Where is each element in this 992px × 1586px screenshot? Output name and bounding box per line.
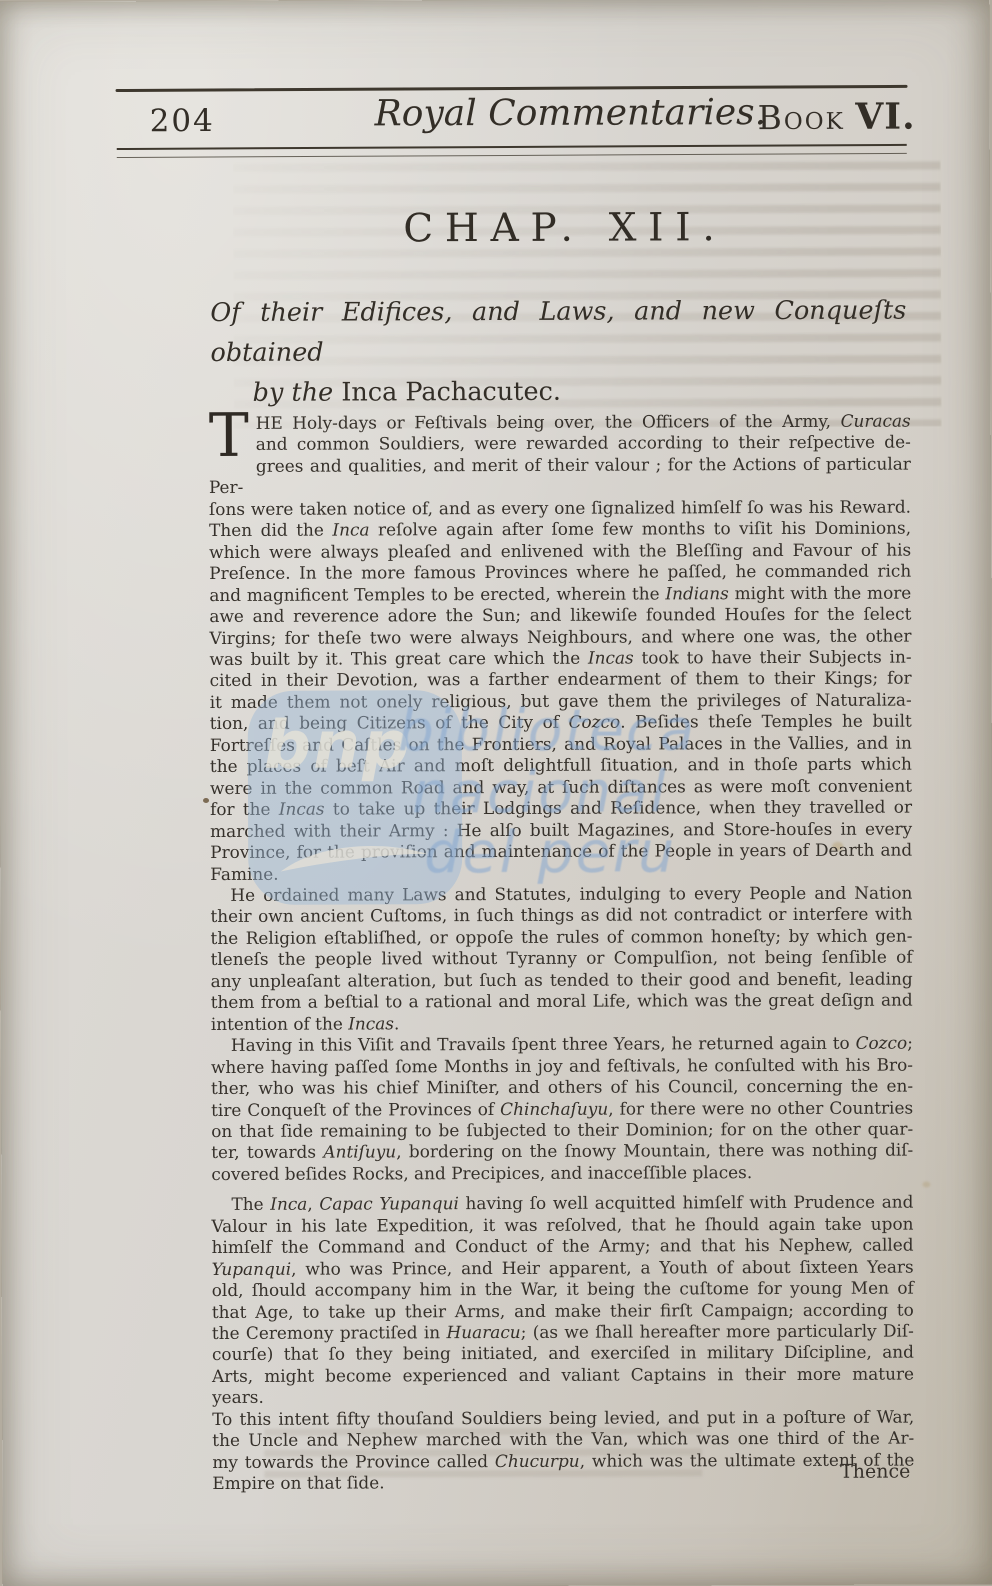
text-line: their own ancient Cuſtoms, in ſuch thing… xyxy=(210,904,912,928)
text: intention of the xyxy=(211,1013,348,1033)
text: The xyxy=(231,1194,270,1214)
text: where having paſſed ſome Months in joy a… xyxy=(211,1054,913,1076)
book-word: Book xyxy=(758,98,845,137)
text-line: and common Souldiers, were rewarded acco… xyxy=(209,432,911,456)
text-line: them from a beſtial to a rational and mo… xyxy=(211,990,913,1014)
text-line: tleneſs the people lived without Tyranny… xyxy=(211,947,913,971)
text-line: The Inca, Capac Yupanqui having ſo well … xyxy=(211,1192,913,1216)
text: ; xyxy=(907,1033,913,1053)
italic-text: Of their Edifices, and Laws, and new Con… xyxy=(210,296,906,368)
text: was built by it. This great care which t… xyxy=(209,648,587,669)
text: , bordering on the ſnowy Mountain, there… xyxy=(396,1140,913,1162)
text-line: He ordained many Laws and Statutes, indu… xyxy=(210,883,912,907)
text-line: which were always pleaſed and enlivened … xyxy=(209,539,911,563)
text-line: intention of the Incas. xyxy=(211,1011,913,1035)
book-numeral: VI. xyxy=(855,96,915,138)
book-page: 204 Royal Commentaries. Book VI. CHAP. X… xyxy=(0,0,992,1586)
text-line: cited in their Devotion, was a farther e… xyxy=(210,668,912,692)
text: for the xyxy=(210,799,279,819)
text-line: himſelf the Command and Conduct of the A… xyxy=(212,1235,914,1259)
text: , for there were no other Countries xyxy=(608,1097,913,1118)
text: and common Souldiers, were rewarded acco… xyxy=(256,432,911,454)
text: ter, towards xyxy=(211,1142,323,1162)
ink-speck xyxy=(203,798,209,803)
text: the Ceremony practiſed in xyxy=(212,1322,447,1343)
drop-cap: T xyxy=(209,413,256,456)
text-line: Preſence. In the more famous Provinces w… xyxy=(209,561,911,585)
text: tion, and being Citizens of the City of xyxy=(210,712,569,733)
text-line: was built by it. This great care which t… xyxy=(209,647,911,671)
text: HE Holy-days or Feſtivals being over, th… xyxy=(256,411,841,433)
text-line: marched with their Army : He alſo built … xyxy=(210,818,912,842)
text: might with the more xyxy=(729,582,912,603)
text: , xyxy=(307,1194,319,1214)
text-line: Then did the Inca reſolve again after ſo… xyxy=(209,518,911,542)
text-line: the Religion eſtabliſhed, or oppoſe the … xyxy=(210,925,912,949)
text-line: Valour in his late Expedition, it was re… xyxy=(211,1213,913,1237)
text-line: Famine. xyxy=(210,861,912,885)
text: Fortreſſes and Caſtles on the Frontiers,… xyxy=(210,732,912,754)
text-line: covered beſides Rocks, and Precipices, a… xyxy=(211,1161,913,1185)
text: Virgins; for theſe two were always Neigh… xyxy=(209,625,911,647)
italic-text: Cozco xyxy=(856,1033,908,1053)
text-line: Virgins; for theſe two were always Neigh… xyxy=(209,625,911,649)
italic-text: Inca xyxy=(270,1194,307,1214)
text-line: any unpleaſant alteration, but ſuch as t… xyxy=(211,968,913,992)
text: . xyxy=(394,1013,399,1033)
text: having ſo well acquitted himſelf with Pr… xyxy=(459,1192,914,1214)
text: were in the common Road and way, at ſuch… xyxy=(210,775,912,797)
text-line: the Ceremony practiſed in Huaracu; (as w… xyxy=(212,1321,914,1345)
text: marched with their Army : He alſo built … xyxy=(210,818,912,840)
text: old, ſhould accompany him in the War, it… xyxy=(212,1278,914,1300)
text: ; (as we ſhall hereafter more particular… xyxy=(521,1321,914,1342)
text-line: old, ſhould accompany him in the War, it… xyxy=(212,1278,914,1302)
book-number: Book VI. xyxy=(758,96,916,139)
text: He ordained many Laws and Statutes, indu… xyxy=(230,883,912,905)
body-text: THE Holy-days or Feſtivals being over, t… xyxy=(209,411,915,1495)
italic-text: Chinchaſuyu xyxy=(500,1098,608,1118)
text: Preſence. In the more famous Provinces w… xyxy=(209,561,911,583)
italic-text: Incas xyxy=(588,648,634,668)
text-line: Province, for the proviſion and maintena… xyxy=(210,840,912,864)
text: the Uncle and Nephew marched with the Va… xyxy=(212,1428,914,1450)
text: ſons were taken notice of, and as every … xyxy=(209,496,911,518)
text: reſolve again after ſome few months to v… xyxy=(369,518,911,540)
italic-text: Cozco xyxy=(569,712,621,732)
italic-text: Incas xyxy=(348,1013,394,1033)
text-line: where having paſſed ſome Months in joy a… xyxy=(211,1054,913,1078)
italic-text: Capac Yupanqui xyxy=(319,1193,459,1213)
subtitle-line: Of their Edifices, and Laws, and new Con… xyxy=(210,291,906,373)
text: their own ancient Cuſtoms, in ſuch thing… xyxy=(210,904,912,926)
text: to take up their Lodgings and Reſidence,… xyxy=(325,797,913,819)
text: tleneſs the people lived without Tyranny… xyxy=(211,947,913,969)
text: Famine. xyxy=(210,863,278,883)
text-line: To this intent fifty thouſand Souldiers … xyxy=(212,1406,914,1430)
text: . Beſides theſe Temples he built xyxy=(620,711,912,732)
text: cited in their Devotion, was a farther e… xyxy=(210,668,912,690)
text: which were always pleaſed and enlivened … xyxy=(209,539,911,561)
page-header: 204 Royal Commentaries. Book VI. xyxy=(0,0,990,162)
subtitle-line: by the Inca Pachacutec. xyxy=(211,371,907,413)
chapter-heading: CHAP. XII. xyxy=(208,205,910,252)
text: awe and reverence adore the Sun; and lik… xyxy=(209,604,911,626)
text: Valour in his late Expedition, it was re… xyxy=(211,1213,913,1235)
text: Having in this Viſit and Travails ſpent … xyxy=(231,1033,856,1055)
text: it made them not onely religious, but ga… xyxy=(210,689,912,711)
text-line: the places of beſt Air and moſt delightf… xyxy=(210,754,912,778)
chapter-subtitle: Of their Edifices, and Laws, and new Con… xyxy=(210,291,906,413)
text-line: the Uncle and Nephew marched with the Va… xyxy=(212,1428,914,1452)
text: , who was Prince, and Heir apparent, a Y… xyxy=(291,1256,914,1278)
text-line: that Age, to take up their Arms, and mak… xyxy=(212,1299,914,1323)
text: grees and qualities, and merit of their … xyxy=(209,453,911,497)
text-line: Yupanqui, who was Prince, and Heir appar… xyxy=(212,1256,914,1280)
text: covered beſides Rocks, and Precipices, a… xyxy=(211,1162,752,1184)
text-line: and magnificent Temples to be erected, w… xyxy=(209,582,911,606)
text-line: ſons were taken notice of, and as every … xyxy=(209,496,911,520)
text-line: awe and reverence adore the Sun; and lik… xyxy=(209,604,911,628)
text: To this intent fifty thouſand Souldiers … xyxy=(212,1406,914,1428)
italic-text: Curacas xyxy=(841,411,911,431)
text: Province, for the proviſion and maintena… xyxy=(210,840,912,862)
italic-text: by the xyxy=(253,378,342,408)
text: courſe) that ſo they being initiated, an… xyxy=(212,1342,914,1364)
text: himſelf the Command and Conduct of the A… xyxy=(212,1235,914,1257)
text-line: Fortreſſes and Caſtles on the Frontiers,… xyxy=(210,732,912,756)
text: ther, who was his chief Miniſter, and ot… xyxy=(211,1076,913,1098)
text-line: on that ſide remaining to be ſubjected t… xyxy=(211,1118,913,1142)
text: took to have their Subjects in- xyxy=(634,647,912,668)
text: Inca Pachacutec. xyxy=(341,377,561,408)
text: any unpleaſant alteration, but ſuch as t… xyxy=(211,968,913,990)
paragraph: The Inca, Capac Yupanqui having ſo well … xyxy=(211,1192,914,1495)
text: Arts, might become experienced and valia… xyxy=(212,1363,914,1407)
text: them from a beſtial to a rational and mo… xyxy=(211,990,913,1012)
text-line: tire Conqueſt of the Provinces of Chinch… xyxy=(211,1097,913,1121)
italic-text: Inca xyxy=(332,520,369,540)
italic-text: Indians xyxy=(665,583,728,603)
text: Then did the xyxy=(209,520,332,540)
page-number: 204 xyxy=(150,103,215,139)
text-line: ter, towards Antiſuyu, bordering on the … xyxy=(211,1140,913,1164)
text-line: HE Holy-days or Feſtivals being over, th… xyxy=(209,411,911,435)
italic-text: Incas xyxy=(279,799,325,819)
text: on that ſide remaining to be ſubjected t… xyxy=(211,1118,913,1140)
text-line: were in the common Road and way, at ſuch… xyxy=(210,775,912,799)
paragraph: THE Holy-days or Feſtivals being over, t… xyxy=(209,411,913,885)
text: that Age, to take up their Arms, and mak… xyxy=(212,1299,914,1321)
text-line: ther, who was his chief Miniſter, and ot… xyxy=(211,1076,913,1100)
text: the Religion eſtabliſhed, or oppoſe the … xyxy=(210,925,912,947)
text-line: courſe) that ſo they being initiated, an… xyxy=(212,1342,914,1366)
paragraph: He ordained many Laws and Statutes, indu… xyxy=(210,883,913,1036)
text-line: for the Incas to take up their Lodgings … xyxy=(210,797,912,821)
italic-text: Huaracu xyxy=(446,1322,520,1342)
paper-stain xyxy=(922,1181,930,1187)
text-line: tion, and being Citizens of the City of … xyxy=(210,711,912,735)
paragraph: Having in this Viſit and Travails ſpent … xyxy=(211,1033,914,1186)
text-line: grees and qualities, and merit of their … xyxy=(209,453,911,498)
catchword: Thence xyxy=(212,1461,910,1485)
text-line: Arts, might become experienced and valia… xyxy=(212,1363,914,1408)
text: tire Conqueſt of the Provinces of xyxy=(211,1098,500,1119)
text: the places of beſt Air and moſt delightf… xyxy=(210,754,912,776)
text-line: Having in this Viſit and Travails ſpent … xyxy=(211,1033,913,1057)
text-line: it made them not onely religious, but ga… xyxy=(210,689,912,713)
italic-text: Antiſuyu xyxy=(323,1142,396,1162)
italic-text: Yupanqui xyxy=(212,1258,291,1278)
text: and magnificent Temples to be erected, w… xyxy=(209,583,665,605)
running-title: Royal Commentaries. xyxy=(375,92,767,134)
